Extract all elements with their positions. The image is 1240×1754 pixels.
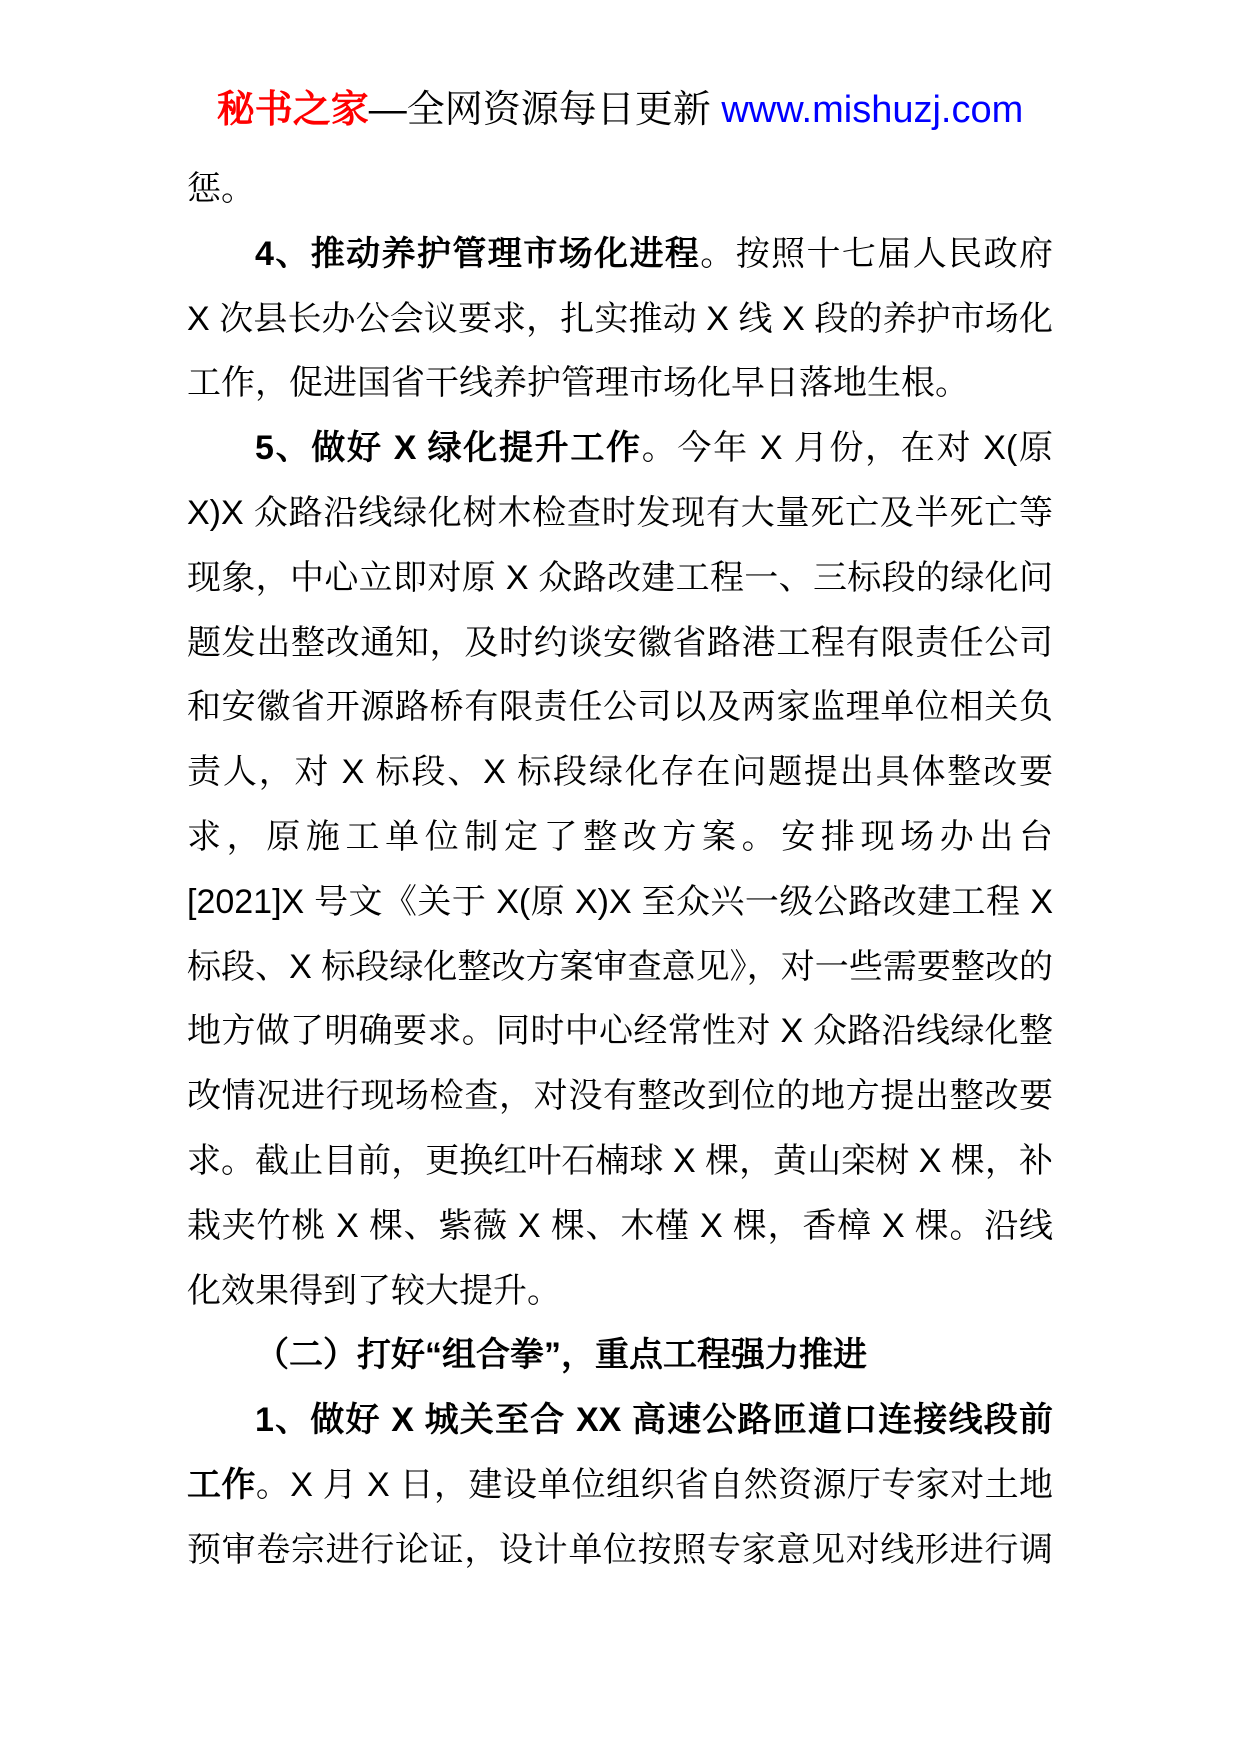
text-segment-bold: 5、做好 X 绿化提升工作	[255, 429, 642, 467]
site-header: 秘书之家—全网资源每日更新 www.mishuzj.com	[0, 84, 1240, 136]
text-segment: 求。截止目前，更换红叶石楠球 X 棵，黄山栾树 X 棵，补	[187, 1142, 1053, 1180]
text-line: 1、做好 X 城关至合 XX 高速公路匝道口连接线段前期	[187, 1388, 1053, 1453]
text-line: 求，原施工单位制定了整改方案。安排现场办出台	[187, 805, 1053, 870]
text-segment: 化效果得到了较大提升。	[187, 1272, 561, 1310]
text-line: 现象，中心立即对原 X 众路改建工程一、三标段的绿化问	[187, 546, 1053, 611]
text-segment: 栽夹竹桃 X 棵、紫薇 X 棵、木槿 X 棵，香樟 X 棵。沿线绿	[187, 1207, 1053, 1259]
text-segment: X 次县长办公会议要求，扎实推动 X 线 X 段的养护市场化	[187, 300, 1053, 338]
text-line: 题发出整改通知，及时约谈安徽省路港工程有限责任公司	[187, 611, 1053, 676]
text-line: X 次县长办公会议要求，扎实推动 X 线 X 段的养护市场化	[187, 287, 1053, 352]
text-line: 工作。X 月 X 日，建设单位组织省自然资源厅专家对土地	[187, 1453, 1053, 1518]
document-page: 秘书之家—全网资源每日更新 www.mishuzj.com 惩。4、推动养护管理…	[0, 0, 1240, 1754]
text-line: [2021]X 号文《关于 X(原 X)X 至众兴一级公路改建工程 X	[187, 870, 1053, 935]
text-segment: 题发出整改通知，及时约谈安徽省路港工程有限责任公司	[187, 624, 1053, 662]
text-segment: 现象，中心立即对原 X 众路改建工程一、三标段的绿化问	[187, 559, 1053, 597]
text-segment: 惩。	[187, 170, 255, 208]
text-segment: [2021]X 号文《关于 X(原 X)X 至众兴一级公路改建工程 X	[187, 883, 1053, 921]
text-segment-bold: （二）打好“组合拳”，重点工程强力推进	[255, 1336, 867, 1374]
text-line: 栽夹竹桃 X 棵、紫薇 X 棵、木槿 X 棵，香樟 X 棵。沿线绿	[187, 1194, 1053, 1259]
text-segment: 改情况进行现场检查，对没有整改到位的地方提出整改要	[187, 1077, 1053, 1115]
text-segment: 。今年 X 月份，在对 X(原	[642, 429, 1053, 467]
text-line: 求。截止目前，更换红叶石楠球 X 棵，黄山栾树 X 棵，补	[187, 1129, 1053, 1194]
site-tagline: —全网资源每日更新	[369, 89, 722, 131]
text-segment: 求，原施工单位制定了整改方案。安排现场办出台	[187, 818, 1053, 856]
text-line: X)X 众路沿线绿化树木检查时发现有大量死亡及半死亡等	[187, 481, 1053, 546]
text-segment: 地方做了明确要求。同时中心经常性对 X 众路沿线绿化整	[187, 1012, 1053, 1050]
text-segment: 标段、X 标段绿化整改方案审查意见》，对一些需要整改的	[187, 948, 1053, 986]
text-segment: 责人，对 X 标段、X 标段绿化存在问题提出具体整改要	[187, 753, 1053, 791]
text-line: 责人，对 X 标段、X 标段绿化存在问题提出具体整改要	[187, 740, 1053, 805]
site-url-link[interactable]: www.mishuzj.com	[721, 89, 1023, 131]
text-line: 地方做了明确要求。同时中心经常性对 X 众路沿线绿化整	[187, 999, 1053, 1064]
text-line: 标段、X 标段绿化整改方案审查意见》，对一些需要整改的	[187, 935, 1053, 1000]
text-segment-bold: 1、做好 X 城关至合 XX 高速公路匝道口连接线段前期	[187, 1401, 1053, 1453]
text-line: 4、推动养护管理市场化进程。按照十七届人民政府第	[187, 222, 1053, 287]
text-line: 预审卷宗进行论证，设计单位按照专家意见对线形进行调	[187, 1518, 1053, 1583]
text-line: 惩。	[187, 157, 1053, 222]
text-line: 改情况进行现场检查，对没有整改到位的地方提出整改要	[187, 1064, 1053, 1129]
site-brand: 秘书之家	[217, 89, 369, 131]
text-line: 化效果得到了较大提升。	[187, 1259, 1053, 1324]
text-line: 工作，促进国省干线养护管理市场化早日落地生根。	[187, 351, 1053, 416]
text-segment: X)X 众路沿线绿化树木检查时发现有大量死亡及半死亡等	[187, 494, 1053, 532]
text-segment-bold: 4、推动养护管理市场化进程	[255, 235, 700, 273]
text-line: （二）打好“组合拳”，重点工程强力推进	[187, 1323, 1053, 1388]
text-segment: 预审卷宗进行论证，设计单位按照专家意见对线形进行调	[187, 1531, 1053, 1569]
text-line: 和安徽省开源路桥有限责任公司以及两家监理单位相关负	[187, 675, 1053, 740]
text-line: 5、做好 X 绿化提升工作。今年 X 月份，在对 X(原	[187, 416, 1053, 481]
document-content: 惩。4、推动养护管理市场化进程。按照十七届人民政府第X 次县长办公会议要求，扎实…	[187, 157, 1053, 1583]
text-segment-bold: 工作	[187, 1466, 256, 1504]
text-segment: 。X 月 X 日，建设单位组织省自然资源厅专家对土地	[256, 1466, 1053, 1504]
text-segment: 和安徽省开源路桥有限责任公司以及两家监理单位相关负	[187, 688, 1053, 726]
text-segment: 工作，促进国省干线养护管理市场化早日落地生根。	[187, 364, 969, 402]
